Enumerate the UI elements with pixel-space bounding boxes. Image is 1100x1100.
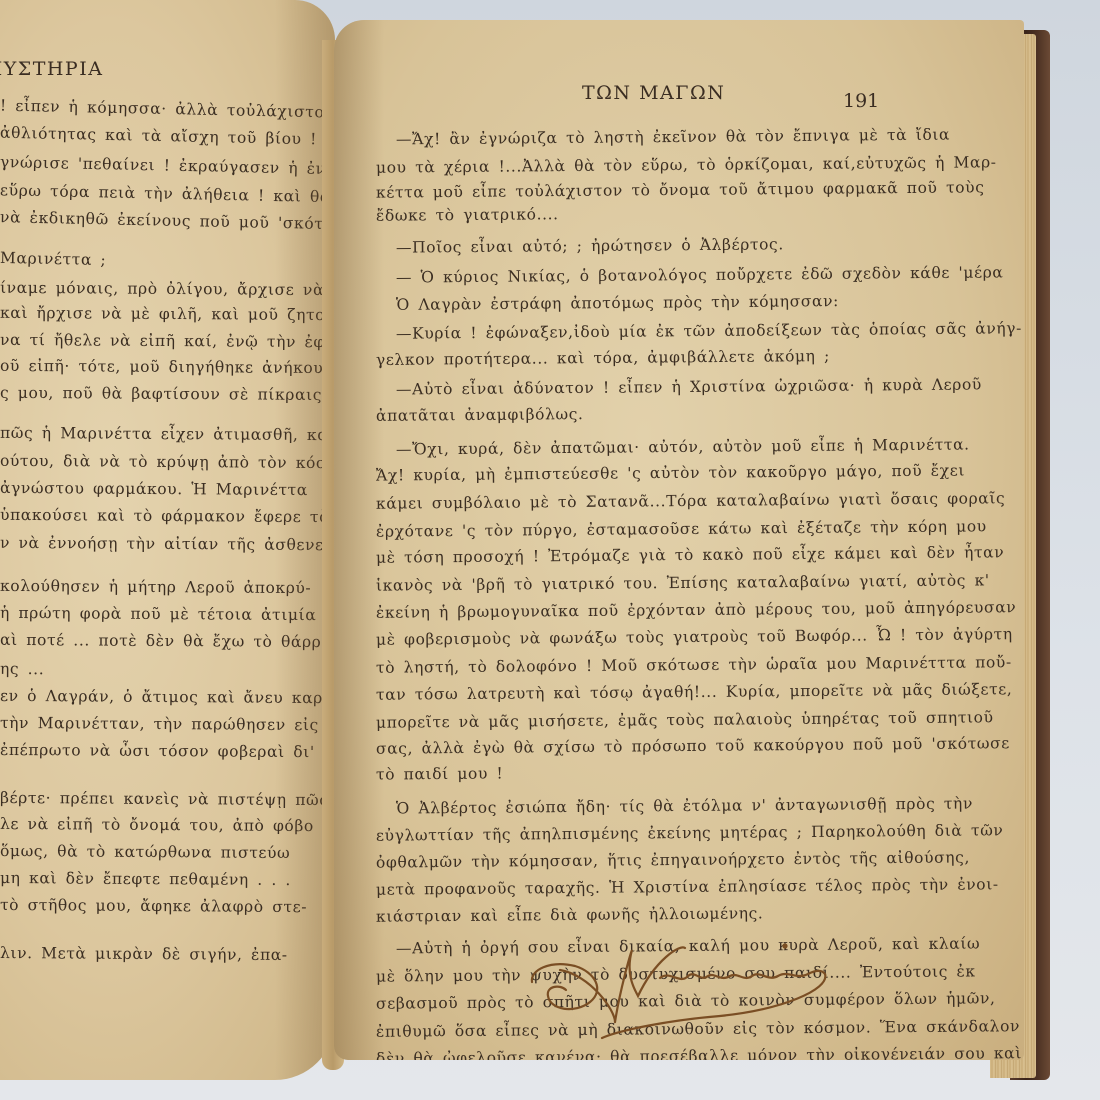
right-text-line: —Αὐτὸ εἶναι ἀδύνατον ! εἶπεν ἡ Χριστίνα …: [396, 375, 982, 398]
left-text-line: ἀθλιότητας καὶ τὰ αἴσχη τοῦ βίου !: [0, 124, 317, 149]
left-text-line: οῦ εἰπῆ· τότε, μοῦ διηγήθηκε ἀνήκουστα: [0, 357, 335, 377]
left-text-line: λιν. Μετὰ μικρὰν δὲ σιγήν, ἐπα-: [0, 944, 288, 964]
left-text-line: ὅμως, θὰ τὸ κατώρθωνα πιστεύω: [0, 842, 290, 862]
right-text-line: Ἄχ! κυρία, μὴ ἐμπιστεύεσθε 'ς αὐτὸν τὸν …: [376, 461, 965, 484]
left-text-line: ἡ πρώτη φορὰ ποῦ μὲ τέτοια ἀτιμία: [0, 604, 316, 624]
left-text-line: ούτου, διὰ νὰ τὸ κρύψῃ ἀπὸ τὸν κόσμον: [0, 452, 335, 472]
left-text-line: πῶς ἡ Μαρινέττα εἶχεν ἀτιμασθῆ, καὶ: [0, 424, 335, 444]
left-text-line: ν νὰ ἐννοήσῃ τὴν αἰτίαν τῆς ἀσθενείας: [0, 534, 335, 554]
left-text-line: ης ...: [0, 660, 44, 678]
right-text-line: ἐκείνη ἡ βρωμογυναῖκα ποῦ ἐρχόνταν ἀπὸ μ…: [376, 598, 1016, 622]
left-text-line: Μαρινέττα ;: [0, 249, 107, 269]
left-text-line: ἀγνώστου φαρμάκου. Ἡ Μαρινέττα: [0, 479, 308, 499]
left-text-line: ! εἶπεν ἡ κόμησσα· ἀλλὰ τοὐλάχιστον: [0, 97, 335, 122]
right-text-line: κέττα μοῦ εἶπε τοὐλάχιστον τὸ ὄνομα τοῦ …: [376, 178, 985, 201]
left-text-line: κολούθησεν ἡ μήτηρ Λεροῦ ἀποκρύ-: [0, 577, 311, 597]
right-text-line: ταν τόσω λατρευτὴ καὶ τόσῳ ἀγαθή!... Κυρ…: [376, 680, 1013, 704]
right-text-line: μὲ τόση προσοχή ! Ἐτρόμαζε γιὰ τὸ κακὸ π…: [376, 543, 1004, 566]
right-text-line: ἐρχότανε 'ς τὸν πύργο, ἐσταμασοῦσε κάτω …: [376, 517, 987, 540]
left-page: Α ΜΥΣΤΗΡΙΑ ! εἶπεν ἡ κόμησσα· ἀλλὰ τοὐλά…: [0, 0, 335, 1080]
left-text-line: τὸ στῆθος μου, ἄφηκε ἀλαφρὸ στε-: [0, 896, 307, 916]
left-text-line: ς μου, ποῦ θὰ βαφτίσουν σὲ πίκραις ὅλη: [0, 384, 335, 405]
signature-icon: [520, 930, 860, 1050]
right-text-line: γελκον προτήτερα... καὶ τόρα, ἀμφιβάλλετ…: [376, 347, 830, 369]
left-text-line: βέρτε· πρέπει κανεὶς νὰ πιστέψῃ πῶς: [0, 789, 329, 809]
right-text-line: κιάστριαν καὶ εἶπε διὰ φωνῆς ἠλλοιωμένης…: [376, 904, 764, 925]
right-text-line: μετὰ προφανοῦς ταραχῆς. Ἡ Χριστίνα ἐπλησ…: [376, 875, 999, 898]
left-text-line: γνώρισε 'πεθαίνει ! ἐκραύγασεν ἡ ἐνοικιά…: [0, 153, 335, 179]
right-text-line: Ὁ Λαγρὰν ἐστράφη ἀποτόμως πρὸς τὴν κόμησ…: [396, 292, 839, 314]
right-text-line: —Ποῖος εἶναι αὐτό; ; ἠρώτησεν ὁ Ἀλβέρτος…: [396, 235, 784, 256]
right-text-line: σας, ἀλλὰ ἐγὼ θὰ σχίσω τὸ πρόσωπο τοῦ κα…: [376, 734, 1010, 758]
right-text-line: μου τὰ χέρια !...Ἀλλὰ θὰ τὸν εὕρω, τὸ ὁρ…: [376, 153, 997, 176]
left-text-line: να τί ἤθελε νὰ εἰπῆ καί, ἐνῷ τὴν ἐφι-: [0, 331, 335, 351]
right-text-line: κάμει συμβόλαιο μὲ τὸ Σατανᾶ...Τόρα κατα…: [376, 489, 1005, 512]
right-text-line: εὐγλωττίαν τῆς ἀπηλπισμένης ἐκείνης μητέ…: [376, 821, 1004, 844]
left-text-line: μη καὶ δὲν ἔπεφτε πεθαμένη . . .: [0, 869, 291, 889]
right-text-line: —Ὄχι, κυρά, δὲν ἀπατῶμαι· αὐτόν, αὐτὸν μ…: [396, 435, 970, 458]
right-text-line: ὀφθαλμῶν τὴν κόμησσαν, ἥτις ἐπηγαινοήρχε…: [376, 848, 970, 871]
left-text-line: ὑπακούσει καὶ τὸ φάρμακον ἔφερε τὸν: [0, 506, 335, 526]
left-text-line: εὕρω τόρα πειὰ τὴν ἀλήθεια ! καὶ θὰ μὲ: [0, 181, 335, 207]
right-text-line: —Κυρία ! ἐφώναξεν,ἰδοὺ μία ἐκ τῶν ἀποδεί…: [396, 319, 1022, 342]
right-text-line: — Ὁ κύριος Νικίας, ὁ βοτανολόγος ποὔρχετ…: [396, 263, 1004, 286]
right-text-line: τὸ παιδί μου !: [376, 764, 503, 783]
page-number: 191: [843, 90, 879, 112]
left-text-line: ἐπέπρωτο νὰ ὦσι τόσον φοβεραὶ δι': [0, 741, 315, 761]
right-text-line: —Ἄχ! ἂν ἐγνώριζα τὸ ληστὴ ἐκεῖνον θὰ τὸν…: [396, 126, 950, 149]
right-page: —Ἄχ! ἂν ἐγνώριζα τὸ ληστὴ ἐκεῖνον θὰ τὸν…: [334, 20, 1024, 1060]
left-text-line: λε νὰ εἰπῆ τὸ ὄνομά του, ἀπὸ φόβο: [0, 815, 314, 835]
left-text-line: αὶ ποτέ ... ποτὲ δὲν θὰ ἔχω τὸ θάρρος: [0, 631, 335, 651]
left-text-line: καὶ ἤρχισε νὰ μὲ φιλῆ, καὶ μοῦ ζητοῦσε: [0, 304, 335, 324]
left-running-header: Α ΜΥΣΤΗΡΙΑ: [0, 58, 103, 80]
left-text-line: τὴν Μαρινέτταν, τὴν παρώθησεν εἰς: [0, 714, 319, 734]
right-text-line: Ὁ Ἀλβέρτος ἐσιώπα ἤδη· τίς θὰ ἐτόλμα ν' …: [396, 794, 973, 817]
left-text-line: εν ὁ Λαγράν, ὁ ἄτιμος καὶ ἄνευ καρ-: [0, 687, 329, 707]
right-text-line: τὸ ληστή, τὸ δολοφόνο ! Μοῦ σκότωσε τὴν …: [376, 653, 1012, 677]
right-text-line: ἱκανὸς νὰ 'βρῆ τὸ γιατρικό του. Ἐπίσης κ…: [376, 571, 990, 594]
right-running-header: ΤΩΝ ΜΑΓΩΝ: [582, 82, 725, 104]
right-text-line: ἔδωκε τὸ γιατρικό....: [376, 205, 559, 225]
left-text-line: ίναμε μόναις, πρὸ ὀλίγου, ἄρχισε νὰ ὑπο-: [0, 279, 335, 300]
right-text-line: μπορεῖτε νὰ μᾶς μισήσετε, ἐμᾶς τοὺς παλα…: [376, 708, 994, 731]
right-text-line: μὲ φοβερισμοὺς νὰ φωνάξω τοὺς γιατροὺς τ…: [376, 625, 1013, 649]
right-text-line: ἀπατᾶται ἀναμφιβόλως.: [376, 405, 584, 425]
left-text-line: νὰ ἐκδικηθῶ ἐκείνους ποῦ μοῦ 'σκότωσαν: [0, 208, 335, 234]
